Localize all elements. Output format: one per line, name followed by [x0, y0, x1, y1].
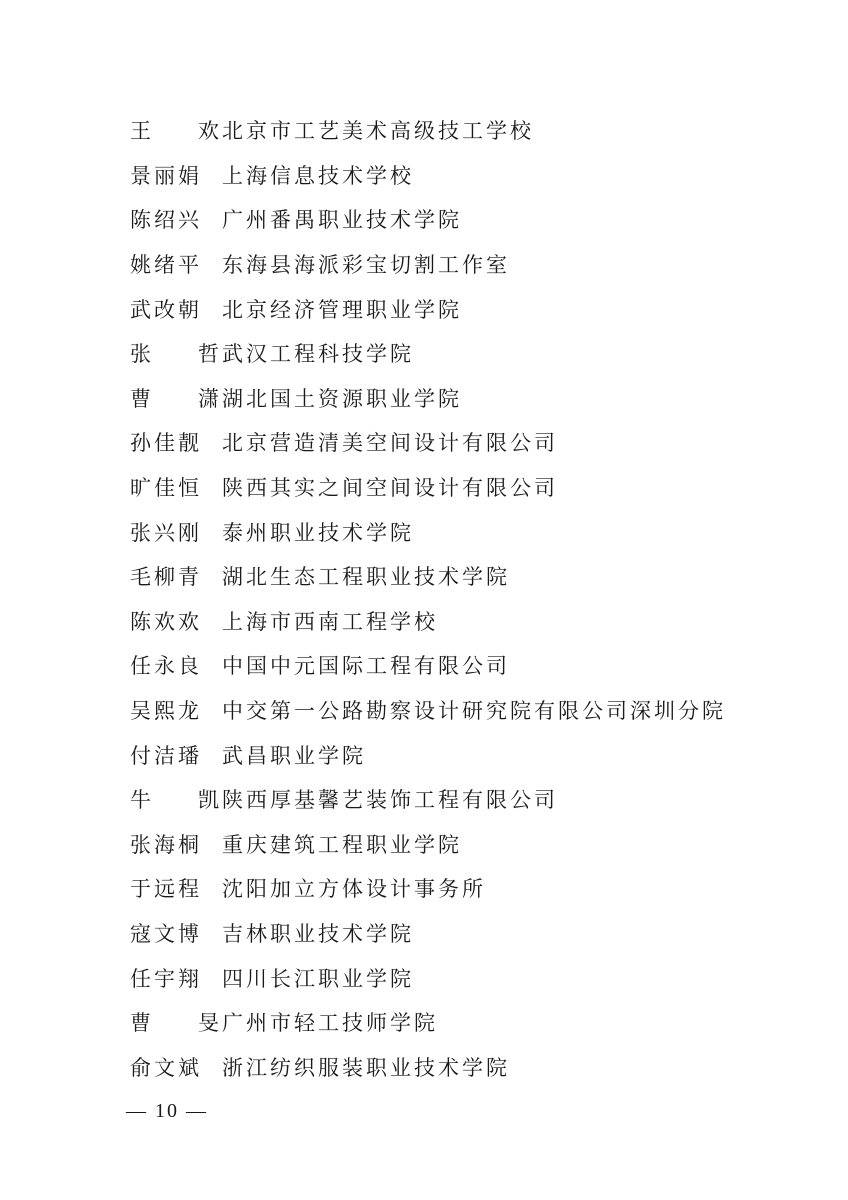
- list-item: 付洁璠武昌职业学院: [130, 732, 726, 777]
- person-name: 吴熙龙: [130, 695, 222, 725]
- organization-name: 武昌职业学院: [222, 740, 366, 770]
- organization-name: 北京经济管理职业学院: [222, 294, 462, 324]
- organization-name: 湖北国土资源职业学院: [222, 383, 462, 413]
- list-item: 张兴刚泰州职业技术学院: [130, 509, 726, 554]
- list-item: 毛柳青湖北生态工程职业技术学院: [130, 554, 726, 599]
- person-name: 曹潇: [130, 383, 222, 413]
- page-number: — 10 —: [126, 1100, 208, 1123]
- person-name: 曹旻: [130, 1007, 222, 1037]
- organization-name: 湖北生态工程职业技术学院: [222, 561, 510, 591]
- organization-name: 北京营造清美空间设计有限公司: [222, 427, 558, 457]
- person-name-part: 哲: [198, 338, 222, 368]
- list-item: 曹旻广州市轻工技师学院: [130, 1000, 726, 1045]
- person-name-part: 凯: [198, 784, 222, 814]
- person-name: 武改朝: [130, 294, 222, 324]
- person-name: 俞文斌: [130, 1052, 222, 1082]
- person-name-part: 姚绪平: [130, 249, 202, 279]
- organization-name: 吉林职业技术学院: [222, 918, 414, 948]
- organization-name: 武汉工程科技学院: [222, 338, 414, 368]
- organization-name: 陕西厚基馨艺装饰工程有限公司: [222, 784, 558, 814]
- list-item: 吴熙龙中交第一公路勘察设计研究院有限公司深圳分院: [130, 688, 726, 733]
- organization-name: 浙江纺织服装职业技术学院: [222, 1052, 510, 1082]
- person-name-part: 陈欢欢: [130, 606, 202, 636]
- list-item: 姚绪平东海县海派彩宝切割工作室: [130, 242, 726, 287]
- person-name-part: 旻: [198, 1007, 222, 1037]
- organization-name: 中国中元国际工程有限公司: [222, 650, 510, 680]
- organization-name: 东海县海派彩宝切割工作室: [222, 249, 510, 279]
- person-name-part: 景丽娟: [130, 160, 202, 190]
- person-name-part: 张兴刚: [130, 517, 202, 547]
- organization-name: 广州番禺职业技术学院: [222, 204, 462, 234]
- list-item: 陈欢欢上海市西南工程学校: [130, 599, 726, 644]
- organization-name: 泰州职业技术学院: [222, 517, 414, 547]
- person-name-part: 张: [130, 338, 154, 368]
- person-name: 景丽娟: [130, 160, 222, 190]
- organization-name: 陕西其实之间空间设计有限公司: [222, 472, 558, 502]
- person-name: 牛凯: [130, 784, 222, 814]
- person-name-part: 于远程: [130, 873, 202, 903]
- list-item: 陈绍兴广州番禺职业技术学院: [130, 197, 726, 242]
- person-name-part: 俞文斌: [130, 1052, 202, 1082]
- list-item: 王欢北京市工艺美术高级技工学校: [130, 108, 726, 153]
- person-name-part: 寇文博: [130, 918, 202, 948]
- organization-name: 广州市轻工技师学院: [222, 1007, 438, 1037]
- name-organization-list: 王欢北京市工艺美术高级技工学校景丽娟上海信息技术学校陈绍兴广州番禺职业技术学院姚…: [130, 108, 726, 1089]
- person-name-part: 牛: [130, 784, 154, 814]
- person-name: 张哲: [130, 338, 222, 368]
- list-item: 俞文斌浙江纺织服装职业技术学院: [130, 1044, 726, 1089]
- person-name-part: 陈绍兴: [130, 204, 202, 234]
- list-item: 张哲武汉工程科技学院: [130, 331, 726, 376]
- person-name: 付洁璠: [130, 740, 222, 770]
- person-name: 旷佳恒: [130, 472, 222, 502]
- person-name-part: 孙佳靓: [130, 427, 202, 457]
- list-item: 任永良中国中元国际工程有限公司: [130, 643, 726, 688]
- list-item: 于远程沈阳加立方体设计事务所: [130, 866, 726, 911]
- organization-name: 重庆建筑工程职业学院: [222, 829, 462, 859]
- person-name: 任宇翔: [130, 963, 222, 993]
- list-item: 牛凯陕西厚基馨艺装饰工程有限公司: [130, 777, 726, 822]
- person-name: 张兴刚: [130, 517, 222, 547]
- organization-name: 上海信息技术学校: [222, 160, 414, 190]
- organization-name: 沈阳加立方体设计事务所: [222, 873, 486, 903]
- person-name-part: 武改朝: [130, 294, 202, 324]
- person-name: 陈绍兴: [130, 204, 222, 234]
- organization-name: 四川长江职业学院: [222, 963, 414, 993]
- person-name: 陈欢欢: [130, 606, 222, 636]
- list-item: 任宇翔四川长江职业学院: [130, 955, 726, 1000]
- list-item: 曹潇湖北国土资源职业学院: [130, 376, 726, 421]
- person-name-part: 张海桐: [130, 829, 202, 859]
- person-name-part: 王: [130, 115, 154, 145]
- person-name: 姚绪平: [130, 249, 222, 279]
- person-name-part: 旷佳恒: [130, 472, 202, 502]
- person-name-part: 潇: [198, 383, 222, 413]
- list-item: 旷佳恒陕西其实之间空间设计有限公司: [130, 465, 726, 510]
- person-name-part: 任永良: [130, 650, 202, 680]
- list-item: 孙佳靓北京营造清美空间设计有限公司: [130, 420, 726, 465]
- person-name-part: 欢: [198, 115, 222, 145]
- person-name: 于远程: [130, 873, 222, 903]
- person-name: 寇文博: [130, 918, 222, 948]
- person-name: 孙佳靓: [130, 427, 222, 457]
- person-name-part: 曹: [130, 1007, 154, 1037]
- person-name-part: 吴熙龙: [130, 695, 202, 725]
- person-name-part: 任宇翔: [130, 963, 202, 993]
- organization-name: 上海市西南工程学校: [222, 606, 438, 636]
- person-name: 张海桐: [130, 829, 222, 859]
- organization-name: 北京市工艺美术高级技工学校: [222, 115, 534, 145]
- person-name-part: 付洁璠: [130, 740, 202, 770]
- person-name: 毛柳青: [130, 561, 222, 591]
- list-item: 景丽娟上海信息技术学校: [130, 153, 726, 198]
- person-name: 任永良: [130, 650, 222, 680]
- person-name-part: 曹: [130, 383, 154, 413]
- document-page: 王欢北京市工艺美术高级技工学校景丽娟上海信息技术学校陈绍兴广州番禺职业技术学院姚…: [0, 0, 848, 1200]
- person-name-part: 毛柳青: [130, 561, 202, 591]
- organization-name: 中交第一公路勘察设计研究院有限公司深圳分院: [222, 695, 726, 725]
- person-name: 王欢: [130, 115, 222, 145]
- list-item: 张海桐重庆建筑工程职业学院: [130, 822, 726, 867]
- list-item: 武改朝北京经济管理职业学院: [130, 286, 726, 331]
- list-item: 寇文博吉林职业技术学院: [130, 911, 726, 956]
